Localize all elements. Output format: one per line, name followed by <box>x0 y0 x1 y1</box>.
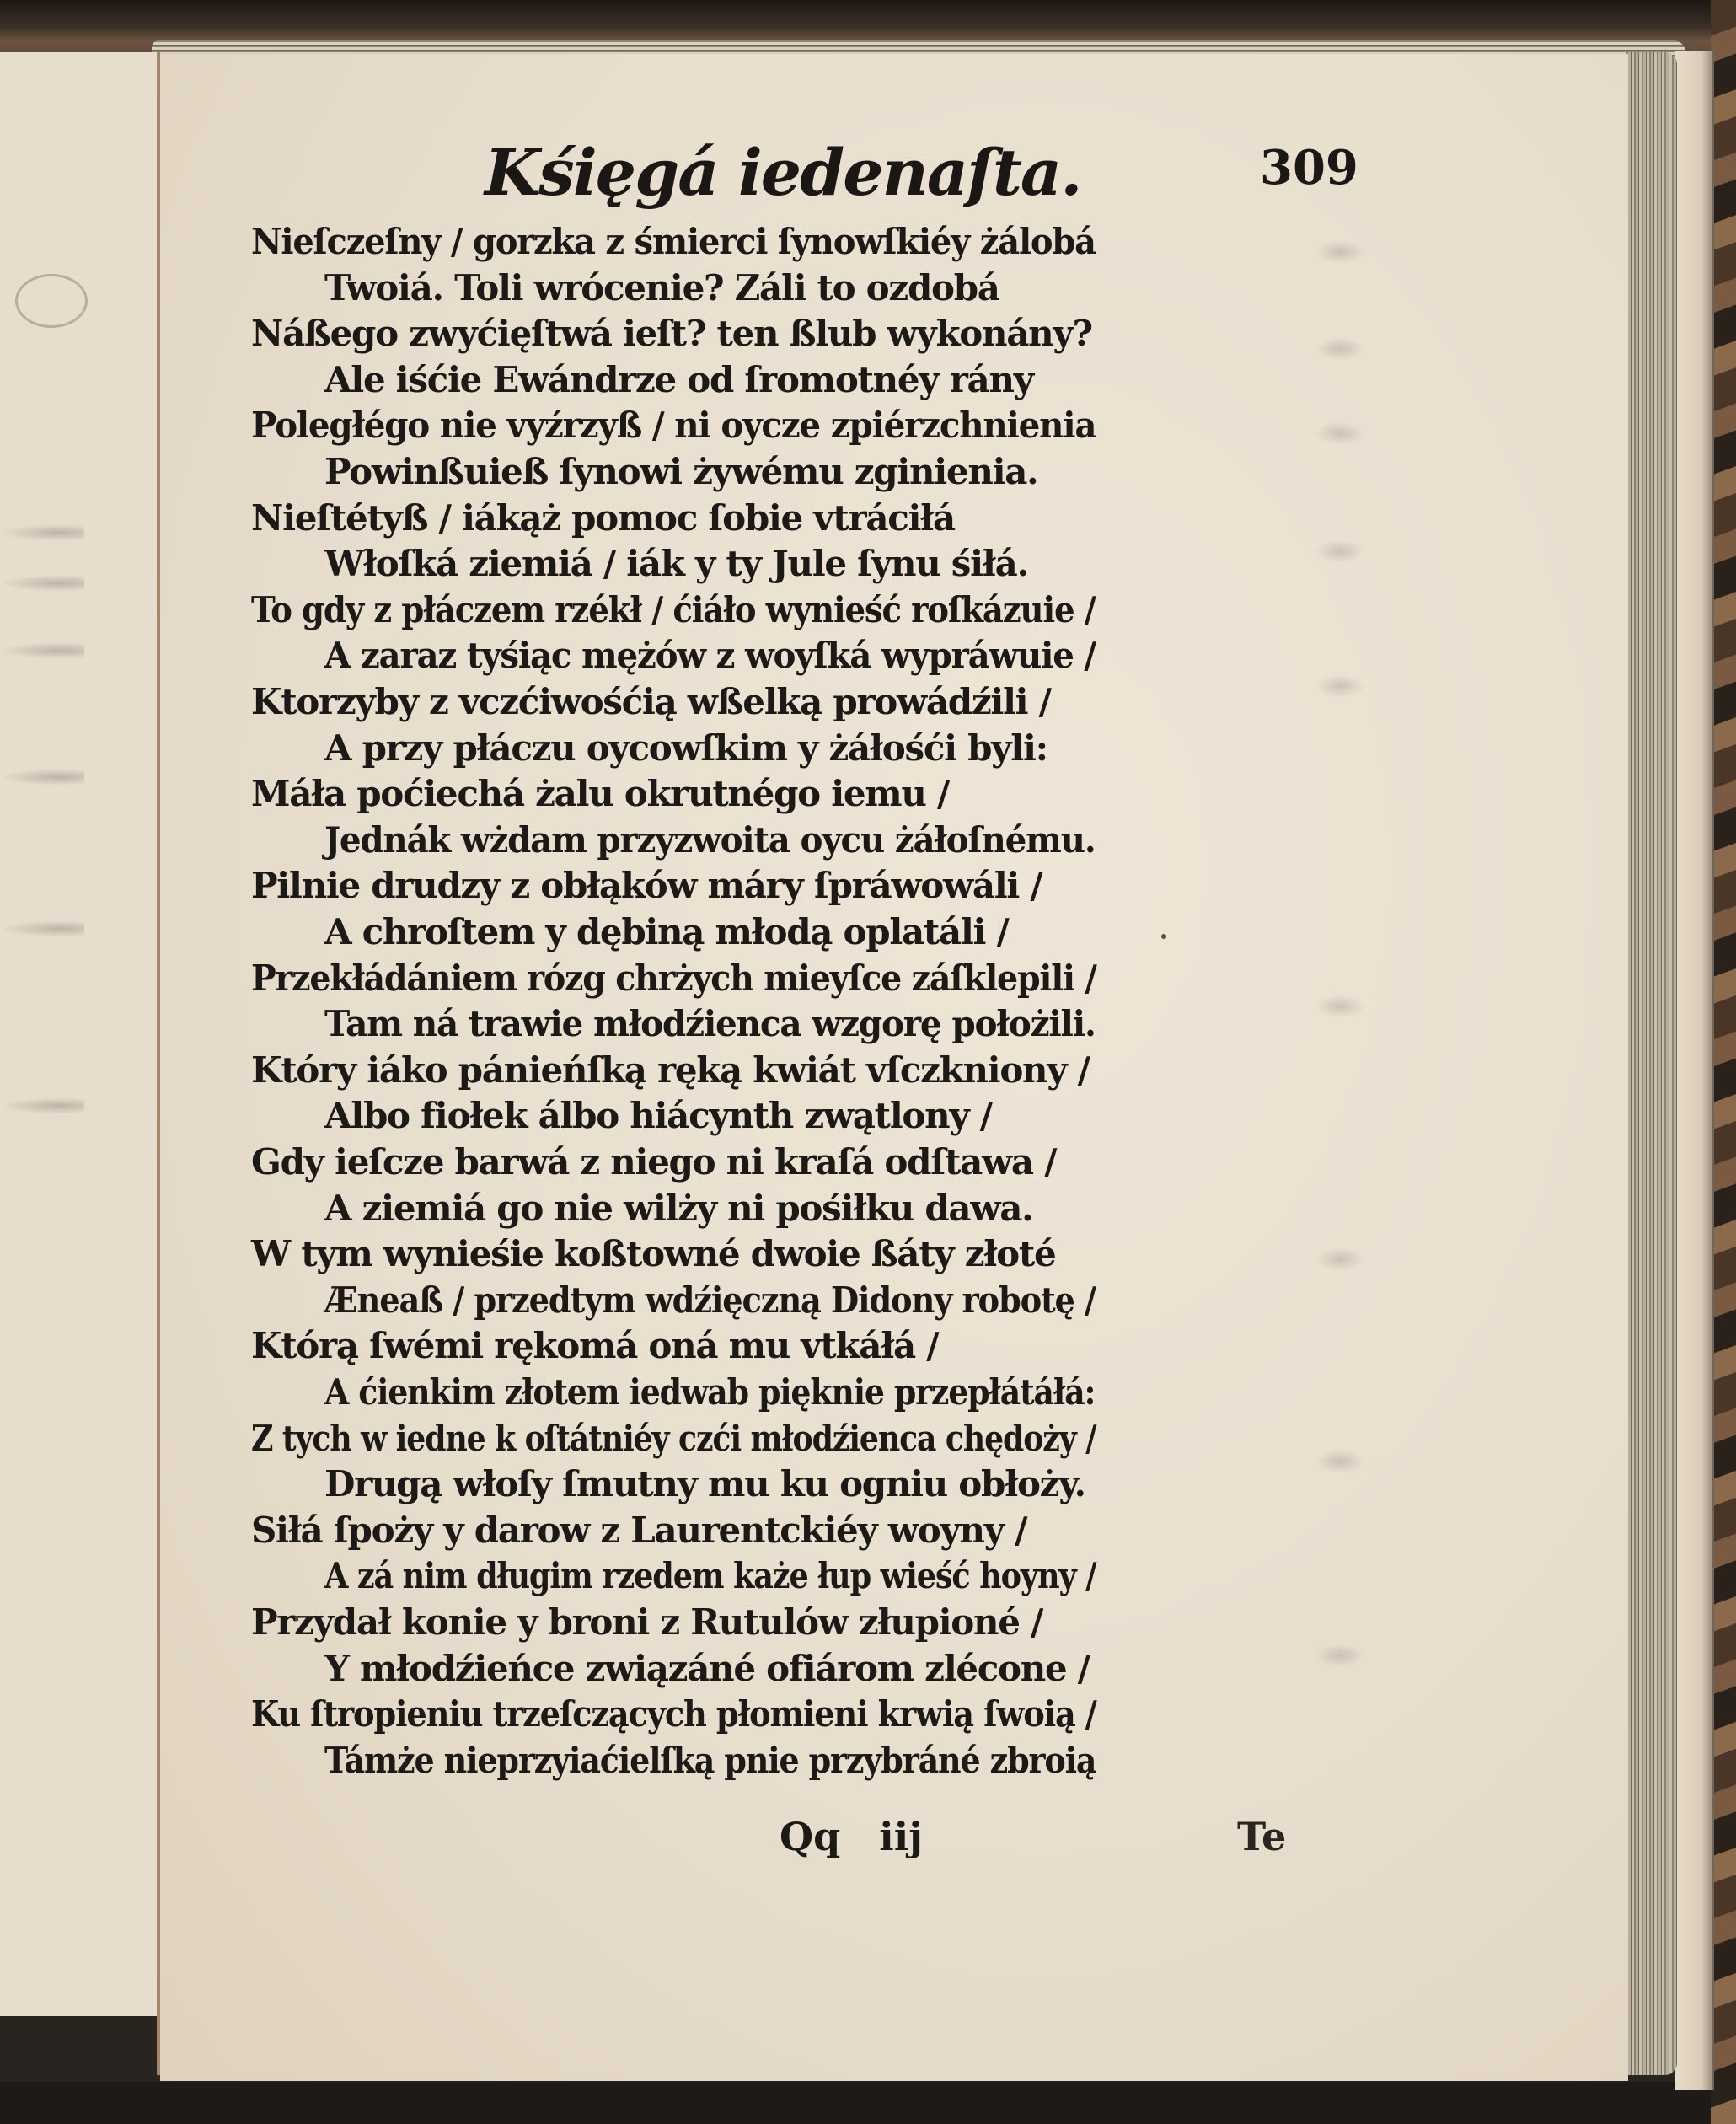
verse-line: Drugą włoſy ſmutny mu ku ogniu obłoży. <box>324 1463 1085 1510</box>
running-head: Kśięgá iedenaſta. <box>485 135 956 219</box>
verse-line: Tam ná trawie młodźienca wzgorę położili… <box>324 1003 1096 1050</box>
paper-speck <box>1161 934 1166 939</box>
verse-line: Pilnie drudzy z obłąków máry ſpráwowáli … <box>251 865 1042 912</box>
verse-line: Ale iśćie Ewándrze od ſromotnéy rány <box>324 359 1033 406</box>
verse-line: A ćienkim złotem iedwab pięknie przepłát… <box>324 1371 1095 1419</box>
verse-line: A zaraz tyśiąc mężów z woyſká wypráwuie … <box>324 635 1096 682</box>
verse-line: Włoſká ziemiá / iák y ty Jule ſynu śiłá. <box>324 543 1028 590</box>
left-page <box>0 52 158 2016</box>
vellum-cover-edge <box>1675 51 1714 2090</box>
marbled-cover <box>1711 0 1736 2124</box>
verse-line: Twoiá. Toli wrócenie? Záli to ozdobá <box>324 267 999 314</box>
show-through-mark <box>0 769 84 786</box>
verse-line: Siłá ſpoży y darow z Laurentckiéy woyny … <box>251 1510 1026 1557</box>
ink-ring-stain <box>15 274 88 328</box>
show-through-mark <box>0 524 84 541</box>
show-through-mark <box>0 920 84 937</box>
show-through-mark <box>1315 1450 1365 1473</box>
page-number: 309 <box>1260 140 1358 196</box>
book-binding-top <box>0 0 1736 59</box>
verse-line: A zá nim długim rzedem każe łup wieść ho… <box>324 1555 1096 1602</box>
verse-line: Którą ſwémi rękomá oná mu vtkáłá / <box>251 1325 938 1372</box>
verse-line: Ktorzyby z vczćiwośćią wßelką prowádźili… <box>251 681 1051 728</box>
verse-line: A ziemiá go nie wilży ni pośiłku dawa. <box>324 1188 1032 1235</box>
verse-line: Przydał konie y broni z Rutulów złupioné… <box>251 1601 1042 1649</box>
verse-line: Przekłádániem rózg chrżych mieyſce záſkl… <box>251 957 1096 1005</box>
verse-line: Albo fiołek álbo hiácynth zwątlony / <box>324 1095 992 1142</box>
signature-mark: Qq iij <box>780 1814 923 1859</box>
verse-line: Powinßuieß ſynowi żywému zginienia. <box>324 451 1037 498</box>
verse-line: Jednák wżdam przyzwoita oycu żáłoſnému. <box>324 819 1096 866</box>
show-through-mark <box>0 1097 84 1114</box>
verse-line: Nieſczeſny / gorzka z śmierci ſynowſkiéy… <box>251 221 1096 268</box>
verse-line: W tym wynieśie koßtowné dwoie ßáty złoté <box>251 1233 1055 1280</box>
show-through-mark <box>1315 539 1365 563</box>
show-through-mark <box>1315 240 1365 264</box>
verse-line: Náßego zwyćięſtwá ieſt? ten ßlub wykonán… <box>251 313 1092 360</box>
verse-line: Poległégo nie vyźrzyß / ni oycze zpiérzc… <box>251 405 1096 452</box>
verse-line: Nieſtétyß / iákąż pomoc ſobie vtráciłá <box>251 497 955 544</box>
verse-line: Który iáko pánieńſką ręką kwiát vſczknio… <box>251 1049 1090 1097</box>
background-bottom <box>0 2082 1736 2124</box>
show-through-mark <box>1315 1644 1365 1667</box>
verse-line: Támże nieprzyiaćielſką pnie przybráné zb… <box>324 1740 1096 1787</box>
verse-line: Æneaß / przedtym wdźięczną Didony robotę… <box>324 1279 1096 1327</box>
catchword: Te <box>1237 1814 1286 1859</box>
verse-line: Z tych w iedne k oſtátniéy czći młodźien… <box>251 1418 1096 1465</box>
show-through-mark <box>1315 674 1365 698</box>
verse-line: Máła poćiechá żalu okrutnégo iemu / <box>251 773 949 820</box>
show-through-mark <box>0 642 84 659</box>
verse-line: A przy płáczu oycowſkim y żáłośći byli: <box>324 727 1047 775</box>
show-through-mark <box>1315 421 1365 445</box>
show-through-mark <box>1315 1247 1365 1271</box>
show-through-mark <box>1315 995 1365 1018</box>
show-through-mark <box>1315 337 1365 361</box>
verse-line: Ku ſtropieniu trzeſczących płomieni krwi… <box>251 1693 1096 1740</box>
verse-line: Gdy ieſcze barwá z niego ni kraſá odſtaw… <box>251 1141 1056 1188</box>
page-block-fore-edge <box>1626 52 1677 2075</box>
verse-line: A chroſtem y dębiną młodą oplatáli / <box>324 911 1009 958</box>
show-through-mark <box>0 575 84 592</box>
verse-line: Y młodźieńce związáné ofiárom zlécone / <box>324 1648 1090 1695</box>
verse-line: To gdy z płáczem rzékł / ćiáło wynieść r… <box>251 589 1096 636</box>
